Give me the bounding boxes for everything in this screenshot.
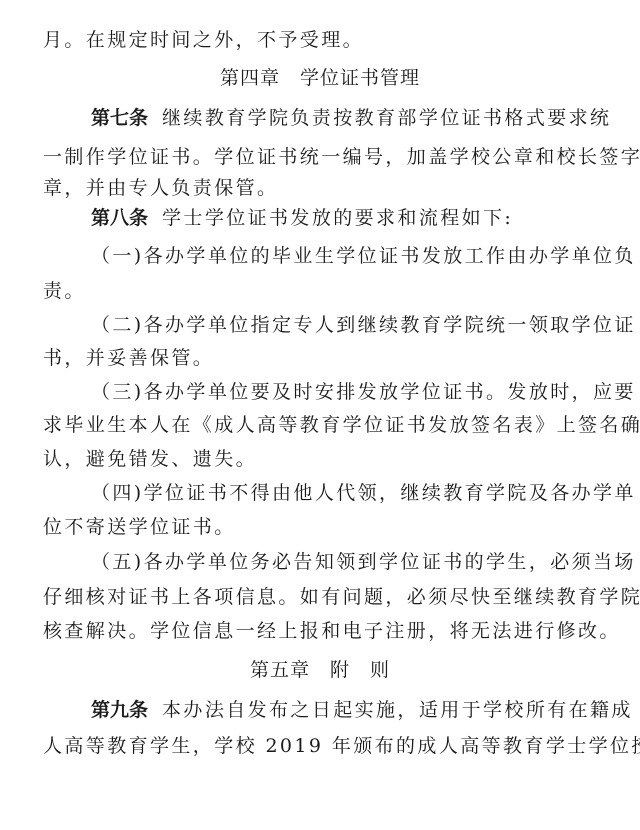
paragraph-line: 求毕业生本人在《成人高等教育学位证书发放签名表》上签名确	[43, 413, 598, 437]
list-item-line: （一)各办学单位的毕业生学位证书发放工作由办学单位负	[91, 244, 598, 268]
paragraph-line: 月。在规定时间之外，不予受理。	[43, 28, 598, 52]
paragraph-line: 责。	[43, 279, 598, 303]
list-item-line: （三)各办学单位要及时安排发放学位证书。发放时，应要	[91, 380, 598, 404]
paragraph-line: 一制作学位证书。学位证书统一编号，加盖学校公章和校长签字	[43, 145, 598, 169]
article-9-line: 第九条本办法自发布之日起实施，适用于学校所有在籍成	[91, 698, 598, 722]
article-label: 第八条	[91, 207, 148, 229]
article-label: 第九条	[91, 699, 148, 721]
list-item-line: （五)各办学单位务必告知领到学位证书的学生，必须当场	[91, 550, 598, 574]
paragraph-line: 核查解决。学位信息一经上报和电子注册，将无法进行修改。	[43, 619, 598, 643]
article-text: 学士学位证书发放的要求和流程如下:	[162, 207, 513, 229]
list-item-line: （二)各办学单位指定专人到继续教育学院统一领取学位证	[91, 313, 598, 337]
paragraph-line: 仔细核对证书上各项信息。如有问题，必须尽快至继续教育学院	[43, 585, 598, 609]
paragraph-line: 书，并妥善保管。	[43, 346, 598, 370]
article-text: 本办法自发布之日起实施，适用于学校所有在籍成	[162, 699, 633, 721]
paragraph-line: 人高等教育学生，学校 2019 年颁布的成人高等教育学士学位授	[43, 734, 598, 758]
article-8-line: 第八条学士学位证书发放的要求和流程如下:	[91, 206, 598, 230]
chapter-heading-4: 第四章 学位证书管理	[0, 66, 640, 90]
paragraph-line: 章，并由专人负责保管。	[43, 176, 598, 200]
paragraph-line: 位不寄送学位证书。	[43, 515, 598, 539]
list-item-line: （四)学位证书不得由他人代领，继续教育学院及各办学单	[91, 481, 598, 505]
paragraph-line: 认，避免错发、遗失。	[43, 447, 598, 471]
article-7-line: 第七条继续教育学院负责按教育部学位证书格式要求统	[91, 106, 598, 130]
article-label: 第七条	[91, 107, 148, 129]
article-text: 继续教育学院负责按教育部学位证书格式要求统	[162, 107, 611, 129]
chapter-heading-5: 第五章 附 则	[0, 658, 640, 682]
